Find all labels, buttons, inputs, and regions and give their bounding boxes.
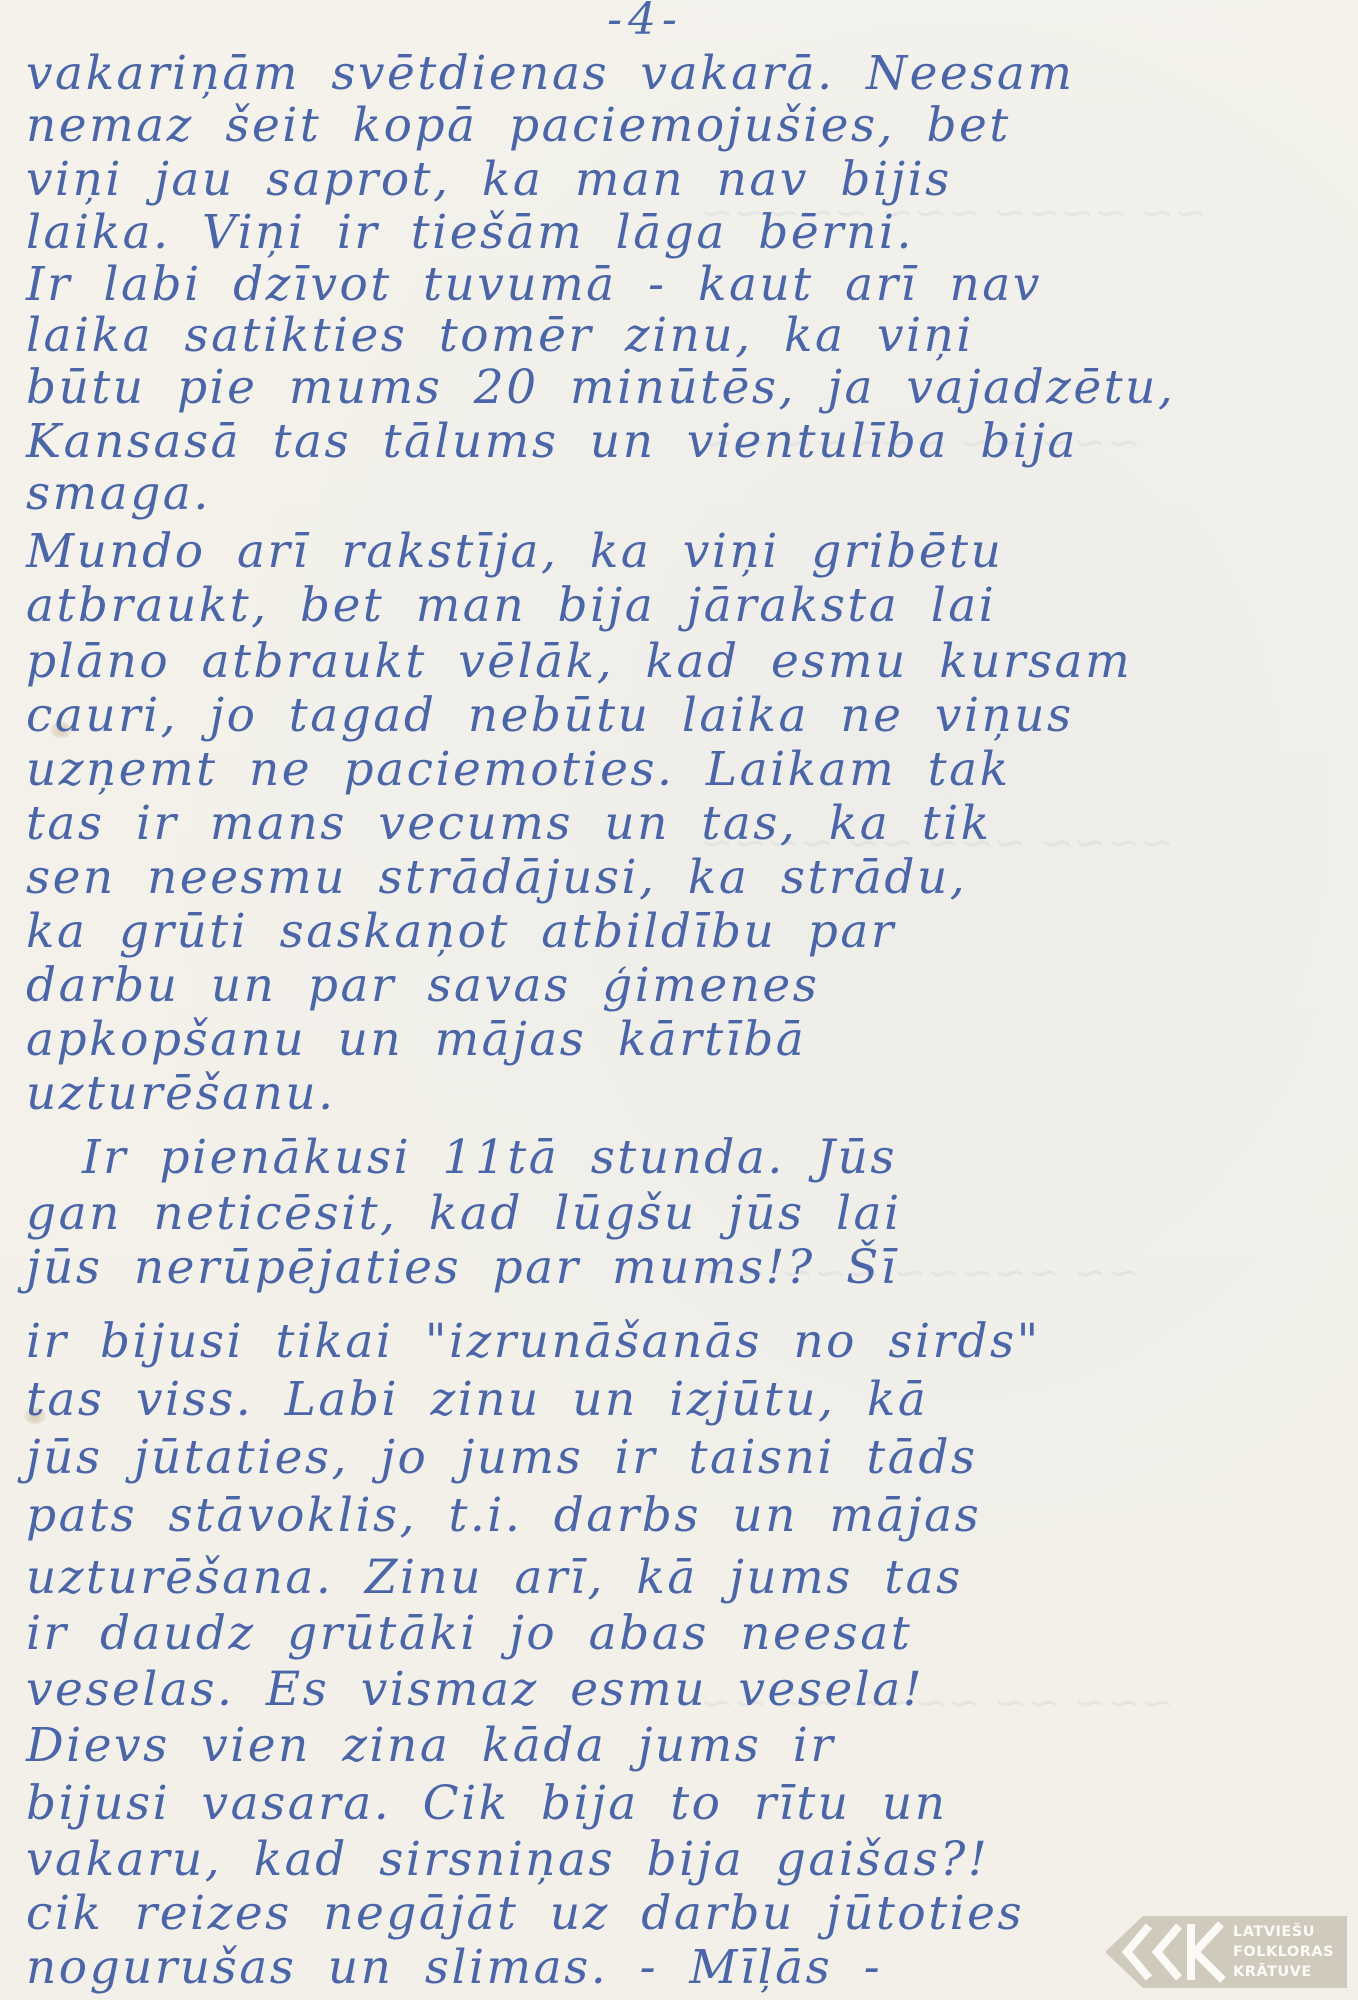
text-line: Ir labi dzīvot tuvumā - kaut arī nav	[26, 257, 1042, 313]
logo-wordmark: LATVIEŠU FOLKLORAS KRĀTUVE	[1233, 1922, 1345, 1982]
text-line: Dievs vien zina kāda jums ir	[26, 1718, 835, 1774]
text-line: vakaru, kad sirsniņas bija gaišas?!	[26, 1832, 989, 1888]
text-line: nemaz šeit kopā paciemojušies, bet	[26, 98, 1011, 154]
logo-line: FOLKLORAS	[1233, 1942, 1345, 1962]
letter-page: ~~ ~~~~ ~~~ ~~~~~ ~~~ ~~ ~~~~~ ~~ ~~~~ ~…	[0, 0, 1358, 2000]
archive-watermark-logo: LATVIEŠU FOLKLORAS KRĀTUVE	[1105, 1916, 1347, 1988]
text-line: ir daudz grūtāki jo abas neesat	[26, 1606, 912, 1662]
page-number: -4-	[560, 0, 730, 45]
text-line: atbraukt, bet man bija jāraksta lai	[26, 578, 996, 634]
text-line: uzņemt ne paciemoties. Laikam tak	[26, 742, 1011, 798]
text-line: būtu pie mums 20 minūtēs, ja vajadzētu,	[26, 360, 1175, 416]
text-line: plāno atbraukt vēlāk, kad esmu kursam	[26, 634, 1132, 690]
text-line: cauri, jo tagad nebūtu laika ne viņus	[26, 688, 1074, 744]
text-line: jūs jūtaties, jo jums ir taisni tāds	[26, 1430, 978, 1486]
text-line: viņi jau saprot, ka man nav bijis	[26, 152, 952, 208]
text-line: veselas. Es vismaz esmu vesela!	[26, 1662, 924, 1718]
text-line: sen neesmu strādājusi, ka strādu,	[26, 850, 967, 906]
text-line: ka grūti saskaņot atbildību par	[26, 904, 896, 960]
text-line: ir bijusi tikai "izrunāšanās no sirds"	[26, 1314, 1041, 1370]
text-line-paragraph-start: Ir pienākusi 11tā stunda. Jūs	[82, 1130, 897, 1186]
text-line: darbu un par savas ģimenes	[26, 958, 819, 1014]
logo-line: LATVIEŠU	[1233, 1922, 1345, 1942]
text-line: bijusi vasara. Cik bija to rītu un	[26, 1776, 947, 1832]
text-line: gan neticēsit, kad lūgšu jūs lai	[26, 1186, 902, 1242]
text-line: jūs nerūpējaties par mums!? Šī	[26, 1240, 898, 1296]
text-line: nogurušas un slimas. - Mīļās -	[26, 1940, 882, 1996]
text-line: tas ir mans vecums un tas, ka tik	[26, 796, 992, 852]
text-line: uzturēšanu.	[26, 1066, 336, 1122]
text-line: pats stāvoklis, t.i. darbs un mājas	[26, 1488, 981, 1544]
text-line: apkopšanu un mājas kārtībā	[26, 1012, 806, 1068]
text-line: laika satikties tomēr zinu, ka viņi	[26, 308, 974, 364]
logo-line: KRĀTUVE	[1233, 1962, 1345, 1982]
text-line: smaga.	[26, 466, 211, 522]
text-line: Kansasā tas tālums un vientulība bija	[26, 414, 1078, 470]
text-line: laika. Viņi ir tiešām lāga bērni.	[26, 205, 914, 261]
text-line: vakariņām svētdienas vakarā. Neesam	[26, 46, 1074, 102]
text-line: tas viss. Labi zinu un izjūtu, kā	[26, 1372, 928, 1428]
text-line: Mundo arī rakstīja, ka viņi gribētu	[26, 524, 1003, 580]
text-line: cik reizes negājāt uz darbu jūtoties	[26, 1886, 1024, 1942]
text-line: uzturēšana. Zinu arī, kā jums tas	[26, 1550, 963, 1606]
